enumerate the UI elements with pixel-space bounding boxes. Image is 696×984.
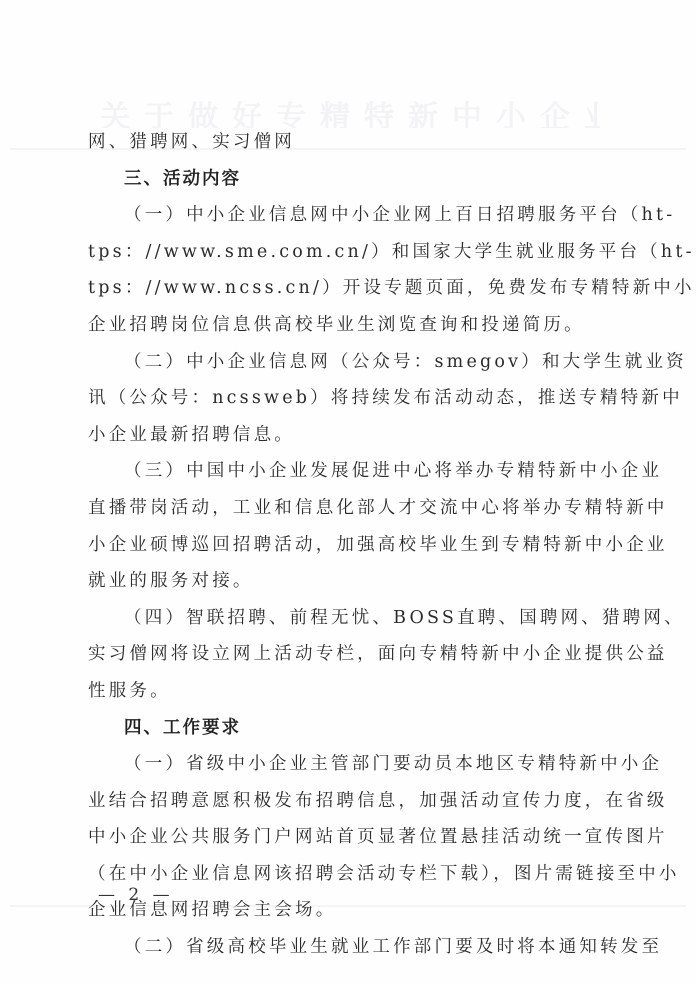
section-heading-work-requirements: 四、工作要求 (88, 710, 616, 747)
document-page: 关于做好专精特新中小企业招聘 网、猎聘网、实习僧网 三、活动内容 （一）中小企业… (0, 0, 696, 984)
paragraph-line: 中小企业公共服务门户网站首页显著位置悬挂活动统一宣传图片 (88, 819, 616, 856)
paragraph-line: 企业招聘岗位信息供高校毕业生浏览查询和投递简历。 (88, 307, 616, 344)
reverse-side-show-through-title: 关于做好专精特新中小企业招聘 (100, 92, 600, 128)
paragraph-line: tps：//www.sme.com.cn/）和国家大学生就业服务平台（ht- (88, 234, 616, 271)
paragraph-line: （二）中小企业信息网（公众号：smegov）和大学生就业资 (88, 344, 616, 381)
paragraph-line: （三）中国中小企业发展促进中心将举办专精特新中小企业 (88, 453, 616, 490)
paragraph-line: 实习僧网将设立网上活动专栏，面向专精特新中小企业提供公益 (88, 636, 616, 673)
paragraph-line: 业结合招聘意愿积极发布招聘信息，加强活动宣传力度，在省级 (88, 783, 616, 820)
paragraph-line: 性服务。 (88, 673, 616, 710)
paragraph-line: 直播带岗活动，工业和信息化部人才交流中心将举办专精特新中 (88, 490, 616, 527)
page-number: — 2 — (98, 885, 174, 905)
paragraph-line: （二）省级高校毕业生就业工作部门要及时将本通知转发至 (88, 929, 616, 966)
paragraph-line: tps：//www.ncss.cn/）开设专题页面，免费发布专精特新中小 (88, 270, 616, 307)
paragraph-line: 就业的服务对接。 (88, 563, 616, 600)
paragraph-line: （四）智联招聘、前程无忧、BOSS直聘、国聘网、猎聘网、 (88, 600, 616, 637)
paragraph-line: （一）中小企业信息网中小企业网上百日招聘服务平台（ht- (88, 197, 616, 234)
paragraph-line: 讯（公众号：ncssweb）将持续发布活动动态，推送专精特新中 (88, 380, 616, 417)
document-body: 网、猎聘网、实习僧网 三、活动内容 （一）中小企业信息网中小企业网上百日招聘服务… (88, 124, 616, 966)
section-heading-activity-content: 三、活动内容 (88, 161, 616, 198)
paragraph-continuation-line: 网、猎聘网、实习僧网 (88, 124, 616, 161)
paragraph-line: 小企业最新招聘信息。 (88, 417, 616, 454)
paragraph-line: 小企业硕博巡回招聘活动，加强高校毕业生到专精特新中小企业 (88, 527, 616, 564)
paragraph-line: （一）省级中小企业主管部门要动员本地区专精特新中小企 (88, 746, 616, 783)
